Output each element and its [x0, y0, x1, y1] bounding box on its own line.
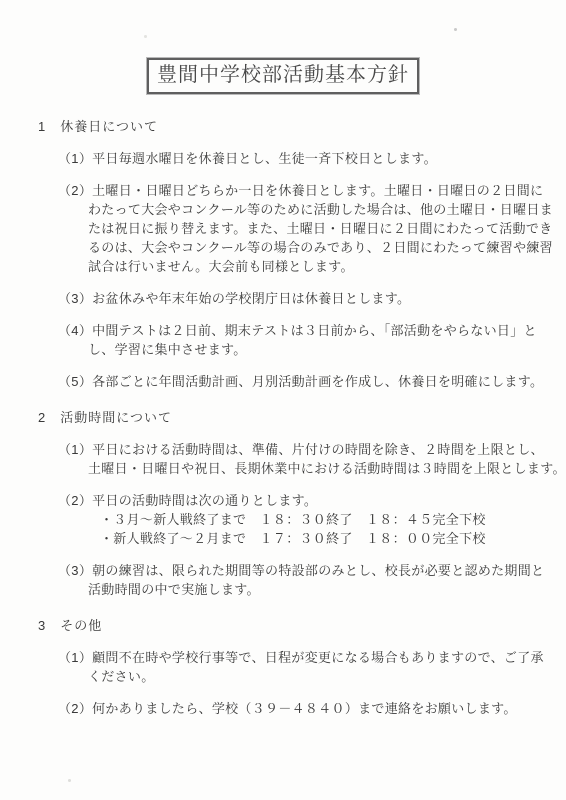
scanned-document-page: 豊間中学校部活動基本方針 1 休養日について（1）平日毎週水曜日を休養日とし、生… — [0, 0, 566, 800]
document-body: 1 休養日について（1）平日毎週水曜日を休養日とし、生徒一斉下校日とします。（2… — [0, 94, 566, 718]
document-item: （2）土曜日・日曜日どちらか一日を休養日とします。土曜日・日曜日の２日間にわたっ… — [38, 181, 548, 276]
text-line: 試合は行いません。大会前も同様とします。 — [58, 257, 548, 276]
scan-speck — [454, 28, 457, 31]
text-line: 土曜日・日曜日や祝日、長期休業中における活動時間は３時間を上限とします。 — [58, 459, 548, 478]
text-line: （3）お盆休みや年末年始の学校閉庁日は休養日とします。 — [58, 289, 548, 308]
document-item: （1）平日毎週水曜日を休養日とし、生徒一斉下校日とします。 — [38, 149, 548, 168]
text-line: （2）何かありましたら、学校（３９－４８４０）まで連絡をお願いします。 — [58, 699, 548, 718]
section-heading: 2 活動時間について — [38, 408, 548, 427]
section-2: 2 活動時間について（1）平日における活動時間は、準備、片付けの時間を除き、２時… — [38, 408, 548, 599]
text-line: ください。 — [58, 667, 548, 686]
text-line: （3）朝の練習は、限られた期間等の特設部のみとし、校長が必要と認めた期間と — [58, 561, 548, 580]
text-line: たは祝日に振り替えます。また、土曜日・日曜日に２日間にわたって活動でき — [58, 219, 548, 238]
text-line: （2）平日の活動時間は次の通りとします。 — [58, 491, 548, 510]
document-item: （1）顧問不在時や学校行事等で、日程が変更になる場合もありますので、ご了承くださ… — [38, 648, 548, 686]
document-item: （3）お盆休みや年末年始の学校閉庁日は休養日とします。 — [38, 289, 548, 308]
text-line: 活動時間の中で実施します。 — [58, 580, 548, 599]
scan-speck — [144, 35, 147, 38]
document-item: （5）各部ごとに年間活動計画、月別活動計画を作成し、休養日を明確にします。 — [38, 372, 548, 391]
document-item: （3）朝の練習は、限られた期間等の特設部のみとし、校長が必要と認めた期間と活動時… — [38, 561, 548, 599]
section-heading: 3 その他 — [38, 616, 548, 635]
text-line: （1）平日毎週水曜日を休養日とし、生徒一斉下校日とします。 — [58, 149, 548, 168]
section-1: 1 休養日について（1）平日毎週水曜日を休養日とし、生徒一斉下校日とします。（2… — [38, 117, 548, 391]
document-title: 豊間中学校部活動基本方針 — [147, 58, 419, 94]
section-3: 3 その他（1）顧問不在時や学校行事等で、日程が変更になる場合もありますので、ご… — [38, 616, 548, 718]
section-heading: 1 休養日について — [38, 117, 548, 136]
document-item: （1）平日における活動時間は、準備、片付けの時間を除き、２時間を上限とし、土曜日… — [38, 440, 548, 478]
text-line: わたって大会やコンクール等のために活動した場合は、他の土曜日・日曜日ま — [58, 200, 548, 219]
text-line: ・３月～新人戦終了まで １８：３０終了 １８：４５完全下校 — [58, 510, 548, 529]
document-item: （2）何かありましたら、学校（３９－４８４０）まで連絡をお願いします。 — [38, 699, 548, 718]
document-item: （4）中間テストは２日前、期末テストは３日前から、「部活動をやらない日」とし、学… — [38, 321, 548, 359]
scan-speck — [68, 779, 71, 782]
text-line: （5）各部ごとに年間活動計画、月別活動計画を作成し、休養日を明確にします。 — [58, 372, 548, 391]
text-line: （1）平日における活動時間は、準備、片付けの時間を除き、２時間を上限とし、 — [58, 440, 548, 459]
text-line: し、学習に集中させます。 — [58, 340, 548, 359]
text-line: （1）顧問不在時や学校行事等で、日程が変更になる場合もありますので、ご了承 — [58, 648, 548, 667]
text-line: （2）土曜日・日曜日どちらか一日を休養日とします。土曜日・日曜日の２日間に — [58, 181, 548, 200]
text-line: ・新人戦終了～２月まで １７：３０終了 １８：００完全下校 — [58, 529, 548, 548]
text-line: るのは、大会やコンクール等の場合のみであり、２日間にわたって練習や練習 — [58, 238, 548, 257]
text-line: （4）中間テストは２日前、期末テストは３日前から、「部活動をやらない日」と — [58, 321, 548, 340]
document-item: （2）平日の活動時間は次の通りとします。・３月～新人戦終了まで １８：３０終了 … — [38, 491, 548, 548]
